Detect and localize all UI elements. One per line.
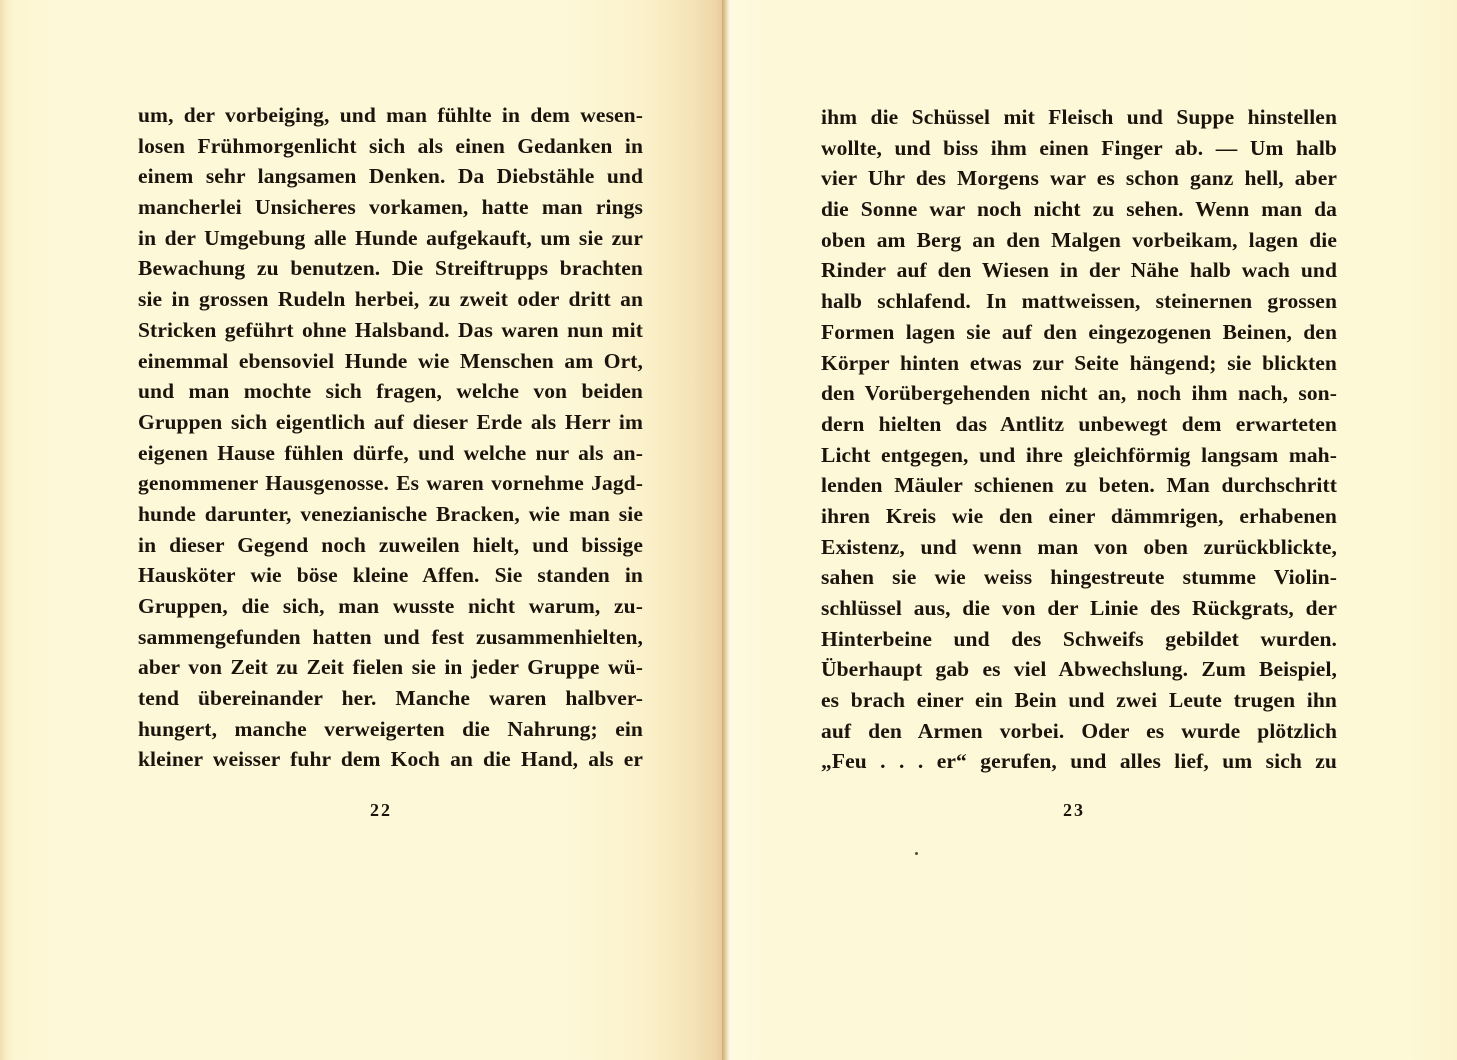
- text-line: genommener Hausgenosse. Es waren vornehm…: [138, 468, 643, 499]
- right-page-text: ihm die Schüssel mit Fleisch und Suppe h…: [821, 102, 1337, 777]
- text-line: losen Frühmorgenlicht sich als einen Ged…: [138, 131, 643, 162]
- text-line: Gruppen sich eigentlich auf dieser Erde …: [138, 407, 643, 438]
- page-number-right: 23: [1063, 800, 1085, 821]
- text-line: Gruppen, die sich, man wusste nicht waru…: [138, 591, 643, 622]
- text-line: in der Umgebung alle Hunde aufgekauft, u…: [138, 223, 643, 254]
- text-line: ihren Kreis wie den einer dämmrigen, erh…: [821, 501, 1337, 532]
- text-line: einem sehr langsamen Denken. Da Diebstäh…: [138, 161, 643, 192]
- left-page-text: um, der vorbeiging, und man fühlte in de…: [138, 100, 643, 775]
- paper-speck: [915, 852, 918, 855]
- text-line: oben am Berg an den Malgen vorbeikam, la…: [821, 225, 1337, 256]
- text-line: es brach einer ein Bein und zwei Leute t…: [821, 685, 1337, 716]
- text-line: dern hielten das Antlitz unbewegt dem er…: [821, 409, 1337, 440]
- text-line: Rinder auf den Wiesen in der Nähe halb w…: [821, 255, 1337, 286]
- text-line: halb schlafend. In mattweissen, steinern…: [821, 286, 1337, 317]
- text-line: sie in grossen Rudeln herbei, zu zweit o…: [138, 284, 643, 315]
- text-line: „Feu . . . er“ gerufen, und alles lief, …: [821, 746, 1337, 777]
- text-line: auf den Armen vorbei. Oder es wurde plöt…: [821, 716, 1337, 747]
- text-line: wollte, und biss ihm einen Finger ab. — …: [821, 133, 1337, 164]
- text-line: kleiner weisser fuhr dem Koch an die Han…: [138, 744, 643, 775]
- text-line: sahen sie wie weiss hingestreute stumme …: [821, 562, 1337, 593]
- text-line: aber von Zeit zu Zeit fielen sie in jede…: [138, 652, 643, 683]
- text-line: vier Uhr des Morgens war es schon ganz h…: [821, 163, 1337, 194]
- text-line: schlüssel aus, die von der Linie des Rüc…: [821, 593, 1337, 624]
- text-line: eigenen Hause fühlen dürfe, und welche n…: [138, 438, 643, 469]
- text-line: Licht entgegen, und ihre gleichförmig la…: [821, 440, 1337, 471]
- text-line: tend übereinander her. Manche waren halb…: [138, 683, 643, 714]
- text-line: sammengefunden hatten und fest zusammenh…: [138, 622, 643, 653]
- text-line: einemmal ebensoviel Hunde wie Menschen a…: [138, 346, 643, 377]
- text-line: Hinterbeine und des Schweifs gebildet wu…: [821, 624, 1337, 655]
- text-line: Überhaupt gab es viel Abwechslung. Zum B…: [821, 654, 1337, 685]
- text-line: mancherlei Unsicheres vorkamen, hatte ma…: [138, 192, 643, 223]
- text-line: Existenz, und wenn man von oben zurückbl…: [821, 532, 1337, 563]
- text-line: hunde darunter, venezianische Bracken, w…: [138, 499, 643, 530]
- text-line: in dieser Gegend noch zuweilen hielt, un…: [138, 530, 643, 561]
- text-line: ihm die Schüssel mit Fleisch und Suppe h…: [821, 102, 1337, 133]
- book-spread: um, der vorbeiging, und man fühlte in de…: [0, 0, 1457, 1060]
- text-line: lenden Mäuler schienen zu beten. Man dur…: [821, 470, 1337, 501]
- text-line: hungert, manche verweigerten die Nahrung…: [138, 714, 643, 745]
- text-line: Hausköter wie böse kleine Affen. Sie sta…: [138, 560, 643, 591]
- text-line: und man mochte sich fragen, welche von b…: [138, 376, 643, 407]
- right-page: ihm die Schüssel mit Fleisch und Suppe h…: [727, 0, 1457, 1060]
- left-page: um, der vorbeiging, und man fühlte in de…: [0, 0, 727, 1060]
- page-number-left: 22: [370, 800, 392, 821]
- text-line: Formen lagen sie auf den eingezogenen Be…: [821, 317, 1337, 348]
- text-line: Stricken geführt ohne Halsband. Das ware…: [138, 315, 643, 346]
- text-line: Körper hinten etwas zur Seite hängend; s…: [821, 348, 1337, 379]
- text-line: den Vorübergehenden nicht an, noch ihm n…: [821, 378, 1337, 409]
- book-gutter: [722, 0, 730, 1060]
- text-line: Bewachung zu benutzen. Die Streiftrupps …: [138, 253, 643, 284]
- text-line: die Sonne war noch nicht zu sehen. Wenn …: [821, 194, 1337, 225]
- text-line: um, der vorbeiging, und man fühlte in de…: [138, 100, 643, 131]
